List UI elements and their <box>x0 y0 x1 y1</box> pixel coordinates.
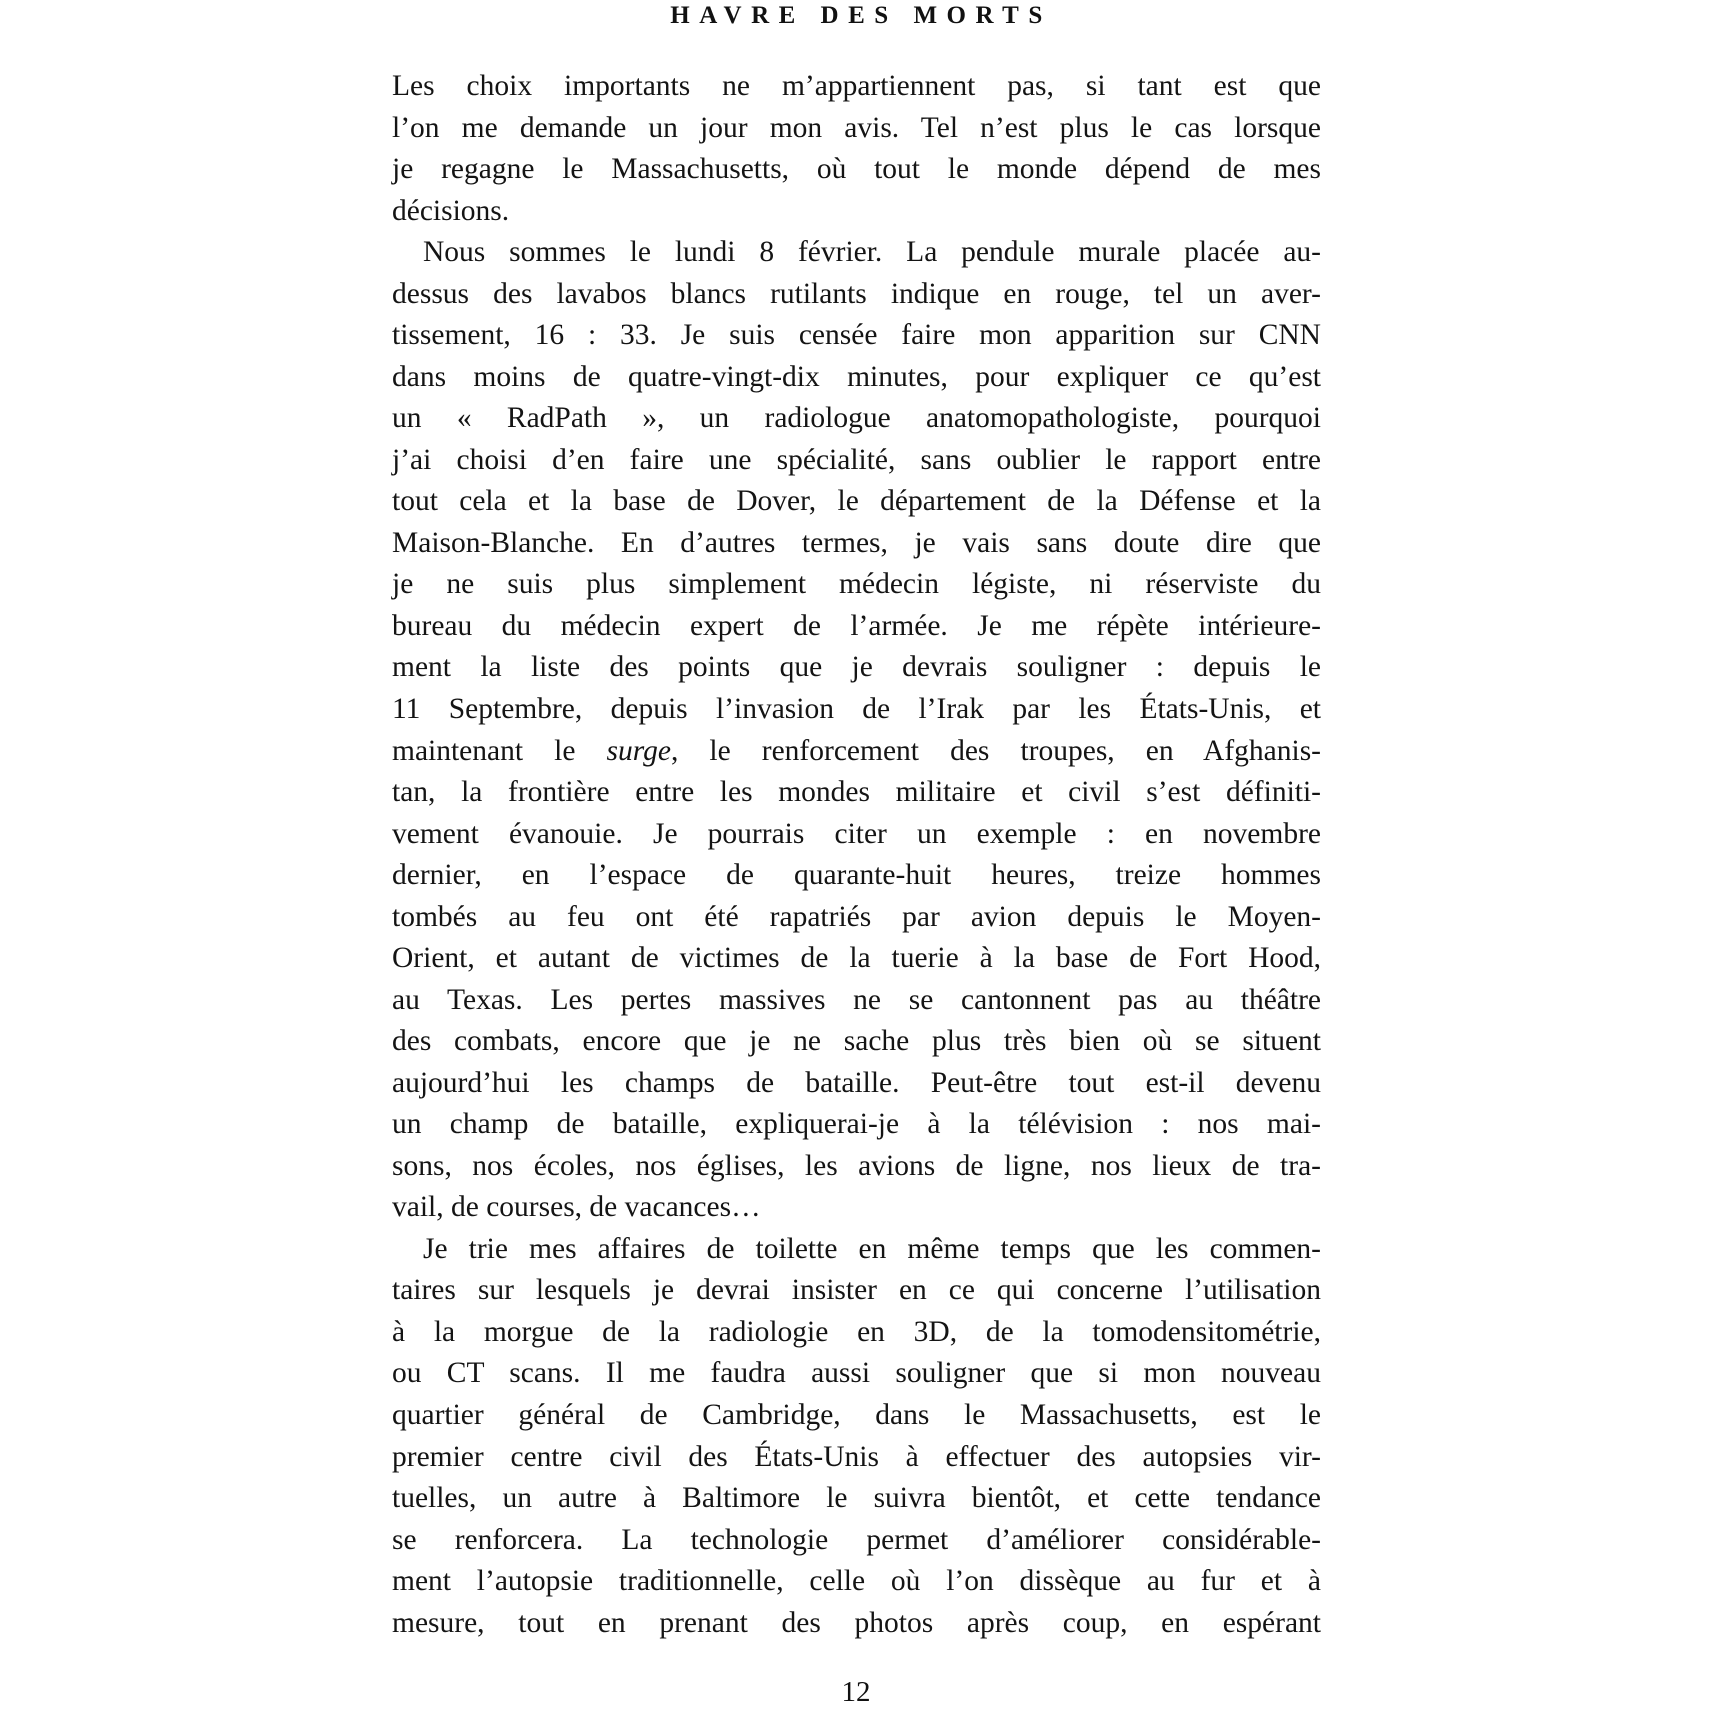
text-line: sons, nos écoles, nos églises, les avion… <box>392 1146 1321 1188</box>
page-number: 12 <box>0 1676 1712 1708</box>
text-line: j’ai choisi d’en faire une spécialité, s… <box>392 440 1321 482</box>
text-run: , le renforcement des troupes, en Afghan… <box>671 735 1321 767</box>
body-text: Les choix importants ne m’appartiennent … <box>392 66 1321 1644</box>
text-line: un champ de bataille, expliquerai-je à l… <box>392 1104 1321 1146</box>
text-line: tuelles, un autre à Baltimore le suivra … <box>392 1478 1321 1520</box>
italic-term: surge <box>607 735 671 767</box>
text-line: quartier général de Cambridge, dans le M… <box>392 1395 1321 1437</box>
text-run: maintenant le <box>392 735 607 767</box>
text-line: dessus des lavabos blancs rutilants indi… <box>392 274 1321 316</box>
text-line: aujourd’hui les champs de bataille. Peut… <box>392 1063 1321 1105</box>
paragraph: Les choix importants ne m’appartiennent … <box>392 66 1321 232</box>
text-line: bureau du médecin expert de l’armée. Je … <box>392 606 1321 648</box>
text-line: Les choix importants ne m’appartiennent … <box>392 66 1321 108</box>
text-line: mesure, tout en prenant des photos après… <box>392 1603 1321 1645</box>
text-line: tout cela et la base de Dover, le départ… <box>392 481 1321 523</box>
text-line: dernier, en l’espace de quarante-huit he… <box>392 855 1321 897</box>
text-line: dans moins de quatre-vingt-dix minutes, … <box>392 357 1321 399</box>
text-line: premier centre civil des États-Unis à ef… <box>392 1437 1321 1479</box>
text-line: vail, de courses, de vacances… <box>392 1187 1321 1229</box>
text-line: ment la liste des points que je devrais … <box>392 647 1321 689</box>
text-line-with-italic: maintenant le surge, le renforcement des… <box>392 731 1321 773</box>
text-line: tan, la frontière entre les mondes milit… <box>392 772 1321 814</box>
paragraph: Nous sommes le lundi 8 février. La pendu… <box>392 232 1321 1229</box>
text-line: vement évanouie. Je pourrais citer un ex… <box>392 814 1321 856</box>
text-line: se renforcera. La technologie permet d’a… <box>392 1520 1321 1562</box>
text-line: un « RadPath », un radiologue anatomopat… <box>392 398 1321 440</box>
text-line: 11 Septembre, depuis l’invasion de l’Ira… <box>392 689 1321 731</box>
running-head: HAVRE DES MORTS <box>0 1 1712 31</box>
text-line: je regagne le Massachusetts, où tout le … <box>392 149 1321 191</box>
text-line: Nous sommes le lundi 8 février. La pendu… <box>392 232 1321 274</box>
text-line: à la morgue de la radiologie en 3D, de l… <box>392 1312 1321 1354</box>
text-line: tombés au feu ont été rapatriés par avio… <box>392 897 1321 939</box>
text-line: des combats, encore que je ne sache plus… <box>392 1021 1321 1063</box>
text-line: tissement, 16 : 33. Je suis censée faire… <box>392 315 1321 357</box>
text-line: au Texas. Les pertes massives ne se cant… <box>392 980 1321 1022</box>
text-line: Maison-Blanche. En d’autres termes, je v… <box>392 523 1321 565</box>
text-line: taires sur lesquels je devrai insister e… <box>392 1270 1321 1312</box>
text-line: je ne suis plus simplement médecin légis… <box>392 564 1321 606</box>
text-line: décisions. <box>392 191 1321 233</box>
text-line: ment l’autopsie traditionnelle, celle où… <box>392 1561 1321 1603</box>
text-line: ou CT scans. Il me faudra aussi souligne… <box>392 1353 1321 1395</box>
text-line: Je trie mes affaires de toilette en même… <box>392 1229 1321 1271</box>
paragraph: Je trie mes affaires de toilette en même… <box>392 1229 1321 1644</box>
text-line: Orient, et autant de victimes de la tuer… <box>392 938 1321 980</box>
text-line: l’on me demande un jour mon avis. Tel n’… <box>392 108 1321 150</box>
